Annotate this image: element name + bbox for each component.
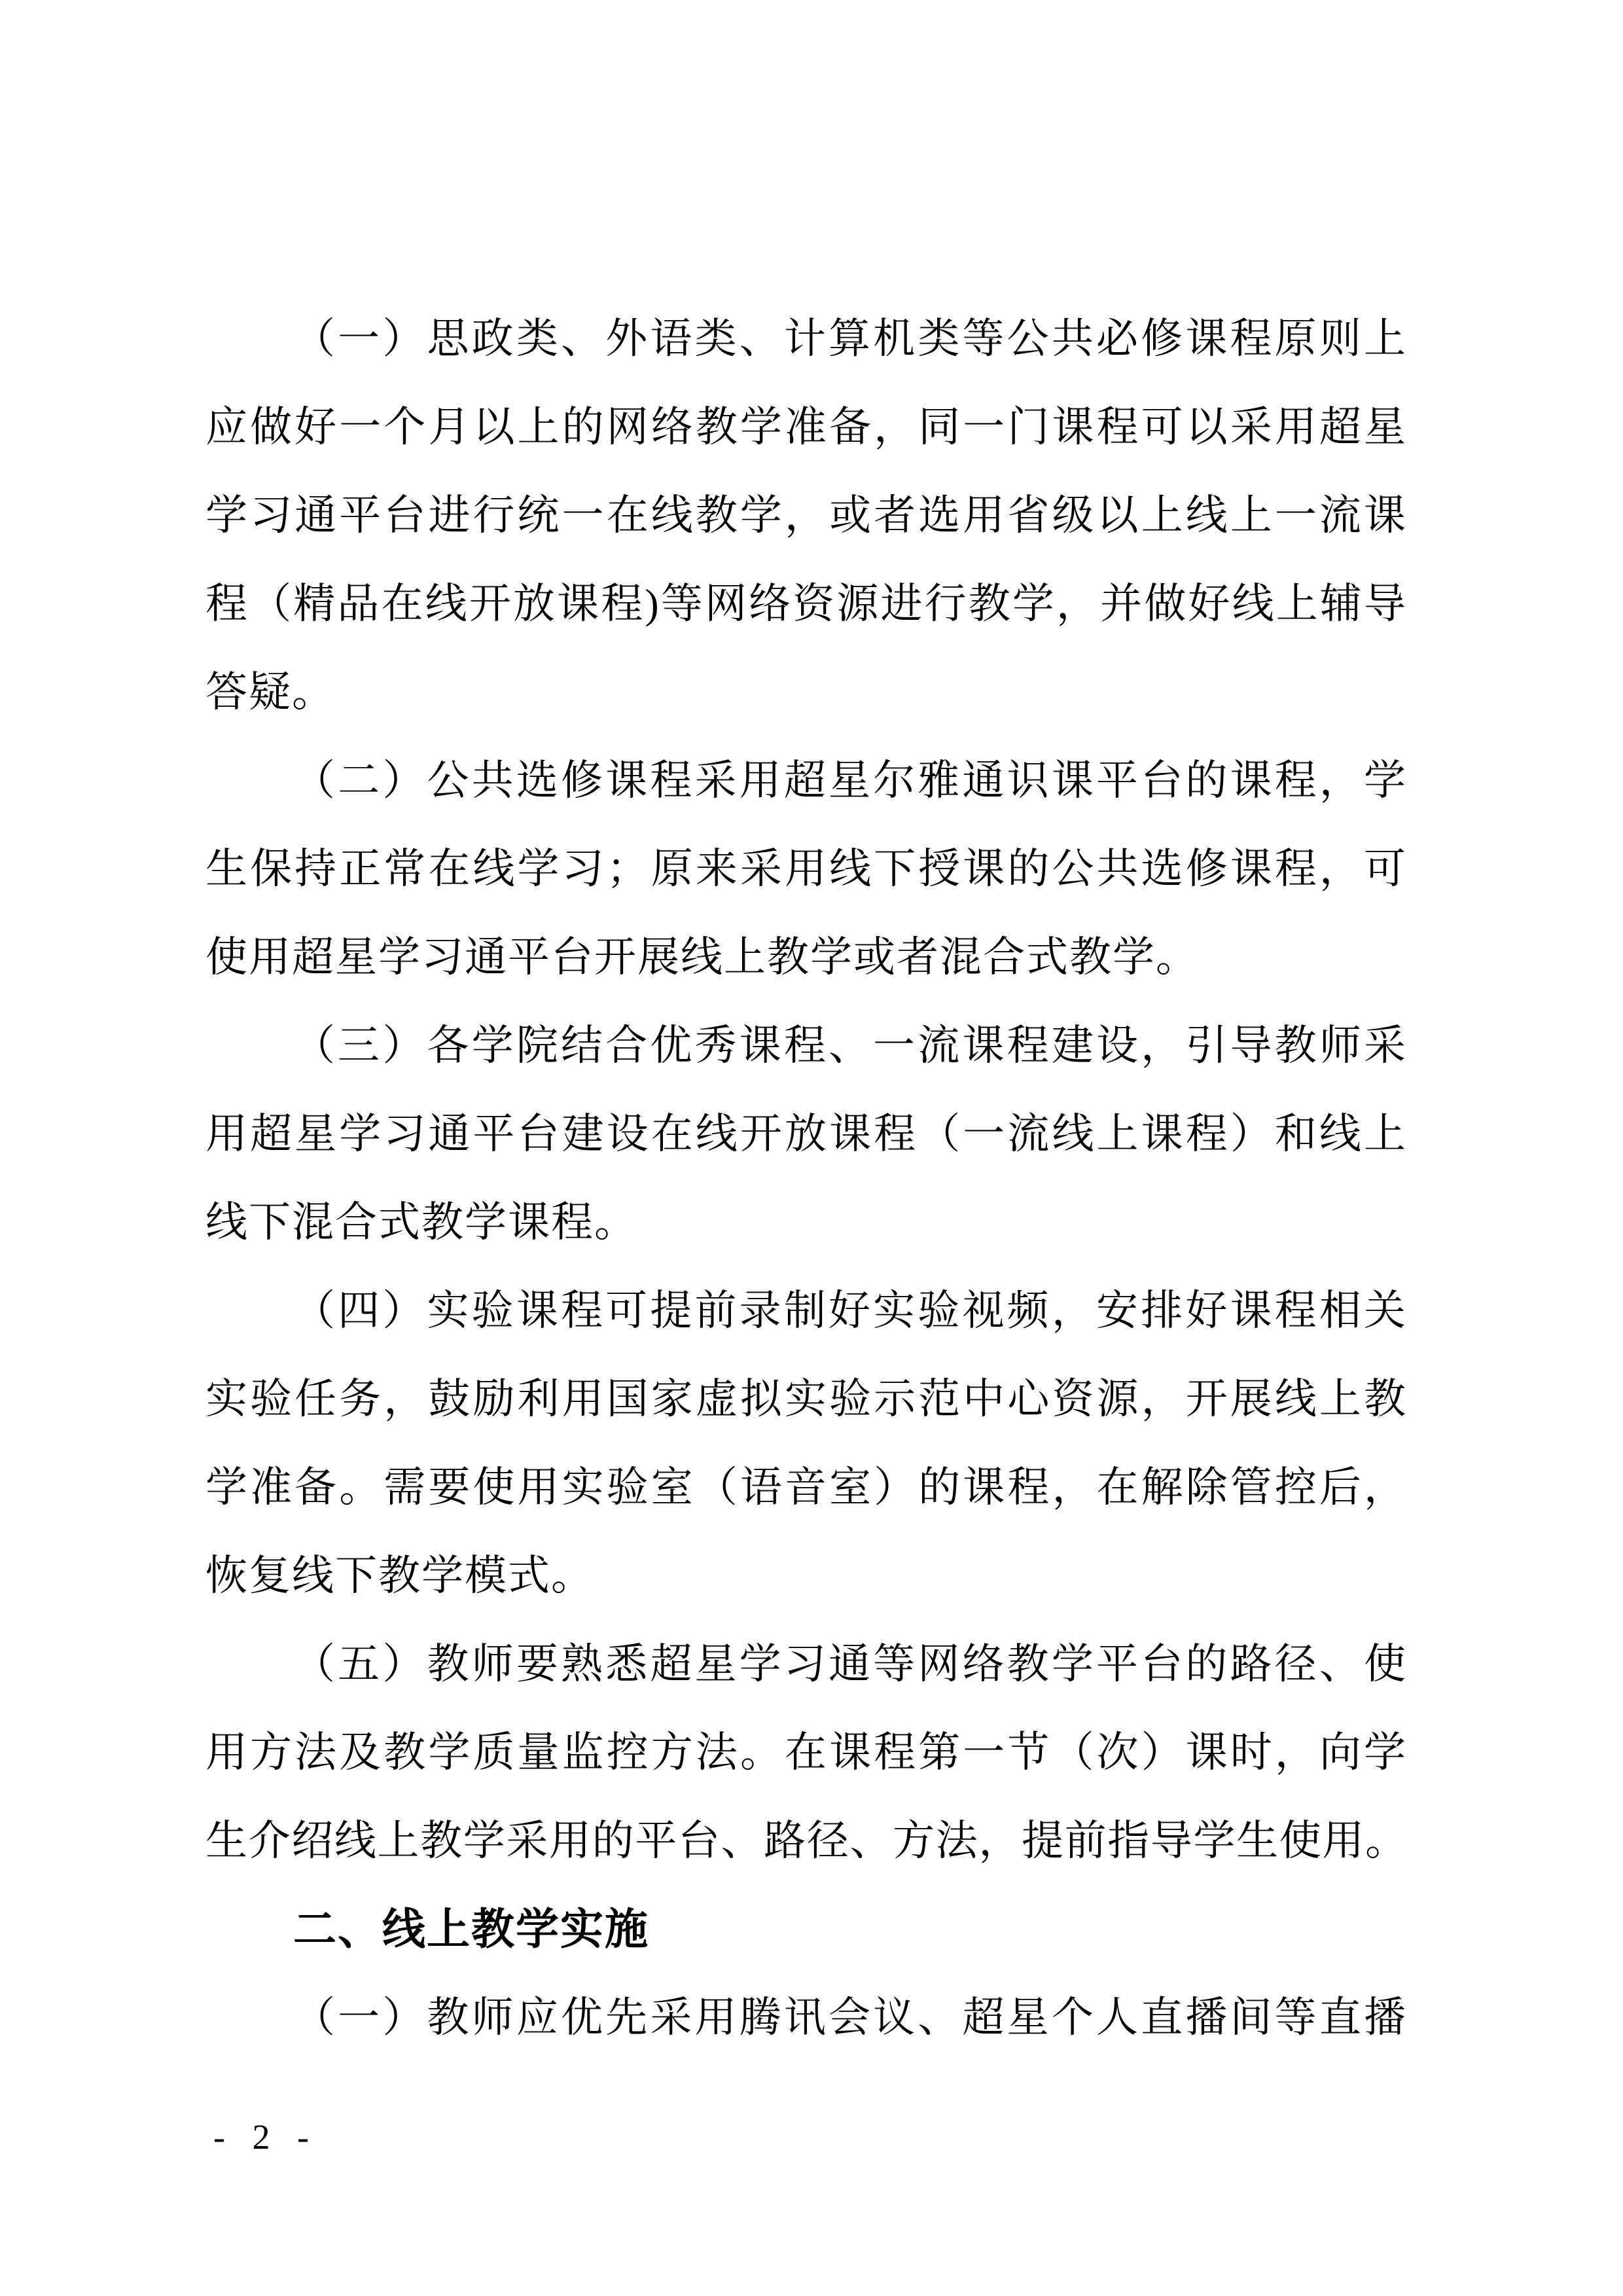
paragraph-line: 应做好一个月以上的网络教学准备，同一门课程可以采用超星 <box>205 383 1407 471</box>
document-body: （一）思政类、外语类、计算机类等公共必修课程原则上 应做好一个月以上的网络教学准… <box>205 295 1407 2062</box>
paragraph-line: 生介绍线上教学采用的平台、路径、方法，提前指导学生使用。 <box>205 1797 1407 1885</box>
paragraph-line: 用超星学习通平台建设在线开放课程（一流线上课程）和线上 <box>205 1090 1407 1178</box>
paragraph-line: 用方法及教学质量监控方法。在课程第一节（次）课时，向学 <box>205 1708 1407 1797</box>
document-page: （一）思政类、外语类、计算机类等公共必修课程原则上 应做好一个月以上的网络教学准… <box>0 0 1623 2296</box>
paragraph-line: 答疑。 <box>205 648 1407 736</box>
paragraph-line: （三）各学院结合优秀课程、一流课程建设，引导教师采 <box>205 1001 1407 1090</box>
paragraph-line: 学准备。需要使用实验室（语音室）的课程，在解除管控后， <box>205 1443 1407 1532</box>
paragraph-line: （二）公共选修课程采用超星尔雅通识课平台的课程，学 <box>205 736 1407 825</box>
paragraph-line: （一）教师应优先采用腾讯会议、超星个人直播间等直播 <box>205 1973 1407 2062</box>
paragraph-line: （一）思政类、外语类、计算机类等公共必修课程原则上 <box>205 295 1407 383</box>
paragraph-line: 生保持正常在线学习；原来采用线下授课的公共选修课程，可 <box>205 825 1407 913</box>
paragraph-line: 恢复线下教学模式。 <box>205 1532 1407 1620</box>
paragraph-line: 程（精品在线开放课程)等网络资源进行教学，并做好线上辅导 <box>205 560 1407 648</box>
paragraph-line: （五）教师要熟悉超星学习通等网络教学平台的路径、使 <box>205 1620 1407 1708</box>
section-heading: 二、线上教学实施 <box>205 1885 1407 1973</box>
paragraph-line: 学习通平台进行统一在线教学，或者选用省级以上线上一流课 <box>205 471 1407 560</box>
paragraph-line: 实验任务，鼓励利用国家虚拟实验示范中心资源，开展线上教 <box>205 1355 1407 1443</box>
page-number: - 2 - <box>213 2117 318 2157</box>
paragraph-line: 线下混合式教学课程。 <box>205 1178 1407 1266</box>
paragraph-line: 使用超星学习通平台开展线上教学或者混合式教学。 <box>205 913 1407 1001</box>
paragraph-line: （四）实验课程可提前录制好实验视频，安排好课程相关 <box>205 1266 1407 1355</box>
page-footer: - 2 - <box>213 2098 318 2176</box>
